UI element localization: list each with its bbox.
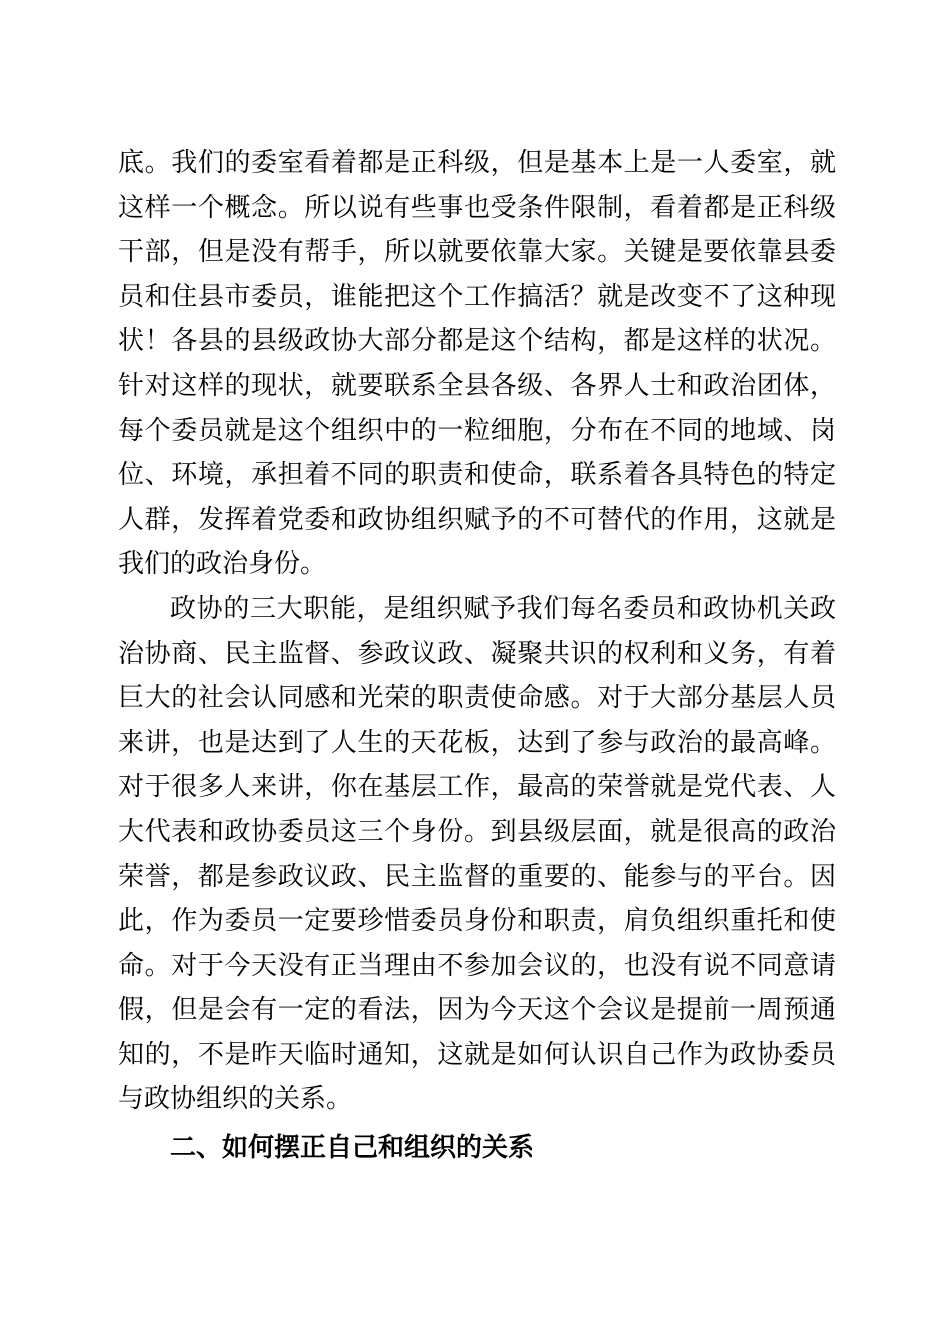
text-line: 大代表和政协委员这三个身份。到县级层面，就是很高的政治 <box>118 810 836 855</box>
text-line: 这样一个概念。所以说有些事也受条件限制，看着都是正科级 <box>118 186 836 231</box>
text-line: 员和住县市委员，谁能把这个工作搞活？就是改变不了这种现 <box>118 275 836 320</box>
text-line: 人群，发挥着党委和政协组织赋予的不可替代的作用，这就是 <box>118 498 836 543</box>
body-text: 底。我们的委室看着都是正科级，但是基本上是一人委室，就 这样一个概念。所以说有些… <box>118 141 836 1170</box>
text-line: 治协商、民主监督、参政议政、凝聚共识的权利和义务，有着 <box>118 632 836 677</box>
text-line: 荣誉，都是参政议政、民主监督的重要的、能参与的平台。因 <box>118 855 836 900</box>
text-line: 来讲，也是达到了人生的天花板，达到了参与政治的最高峰。 <box>118 721 836 766</box>
paragraph: 底。我们的委室看着都是正科级，但是基本上是一人委室，就 这样一个概念。所以说有些… <box>118 141 836 587</box>
paragraph-last-line: 我们的政治身份。 <box>118 542 836 587</box>
section-heading: 二、如何摆正自己和组织的关系 <box>118 1124 836 1170</box>
text-line: 每个委员就是这个组织中的一粒细胞，分布在不同的地域、岗 <box>118 409 836 454</box>
text-line: 命。对于今天没有正当理由不参加会议的，也没有说不同意请 <box>118 944 836 989</box>
paragraph-last-line: 与政协组织的关系。 <box>118 1077 836 1122</box>
text-line: 位、环境，承担着不同的职责和使命，联系着各具特色的特定 <box>118 453 836 498</box>
paragraph-first-line: 政协的三大职能，是组织赋予我们每名委员和政协机关政 <box>118 587 836 632</box>
paragraph: 政协的三大职能，是组织赋予我们每名委员和政协机关政 治协商、民主监督、参政议政、… <box>118 587 836 1122</box>
text-line: 巨大的社会认同感和光荣的职责使命感。对于大部分基层人员 <box>118 676 836 721</box>
text-line: 状！各县的县级政协大部分都是这个结构，都是这样的状况。 <box>118 319 836 364</box>
text-line: 假，但是会有一定的看法，因为今天这个会议是提前一周预通 <box>118 988 836 1033</box>
text-line: 对于很多人来讲，你在基层工作，最高的荣誉就是党代表、人 <box>118 765 836 810</box>
document-page: 底。我们的委室看着都是正科级，但是基本上是一人委室，就 这样一个概念。所以说有些… <box>0 0 950 1344</box>
text-line: 底。我们的委室看着都是正科级，但是基本上是一人委室，就 <box>118 141 836 186</box>
text-line: 此，作为委员一定要珍惜委员身份和职责，肩负组织重托和使 <box>118 899 836 944</box>
text-line: 干部，但是没有帮手，所以就要依靠大家。关键是要依靠县委 <box>118 230 836 275</box>
text-line: 知的，不是昨天临时通知，这就是如何认识自己作为政协委员 <box>118 1033 836 1078</box>
text-line: 针对这样的现状，就要联系全县各级、各界人士和政治团体， <box>118 364 836 409</box>
